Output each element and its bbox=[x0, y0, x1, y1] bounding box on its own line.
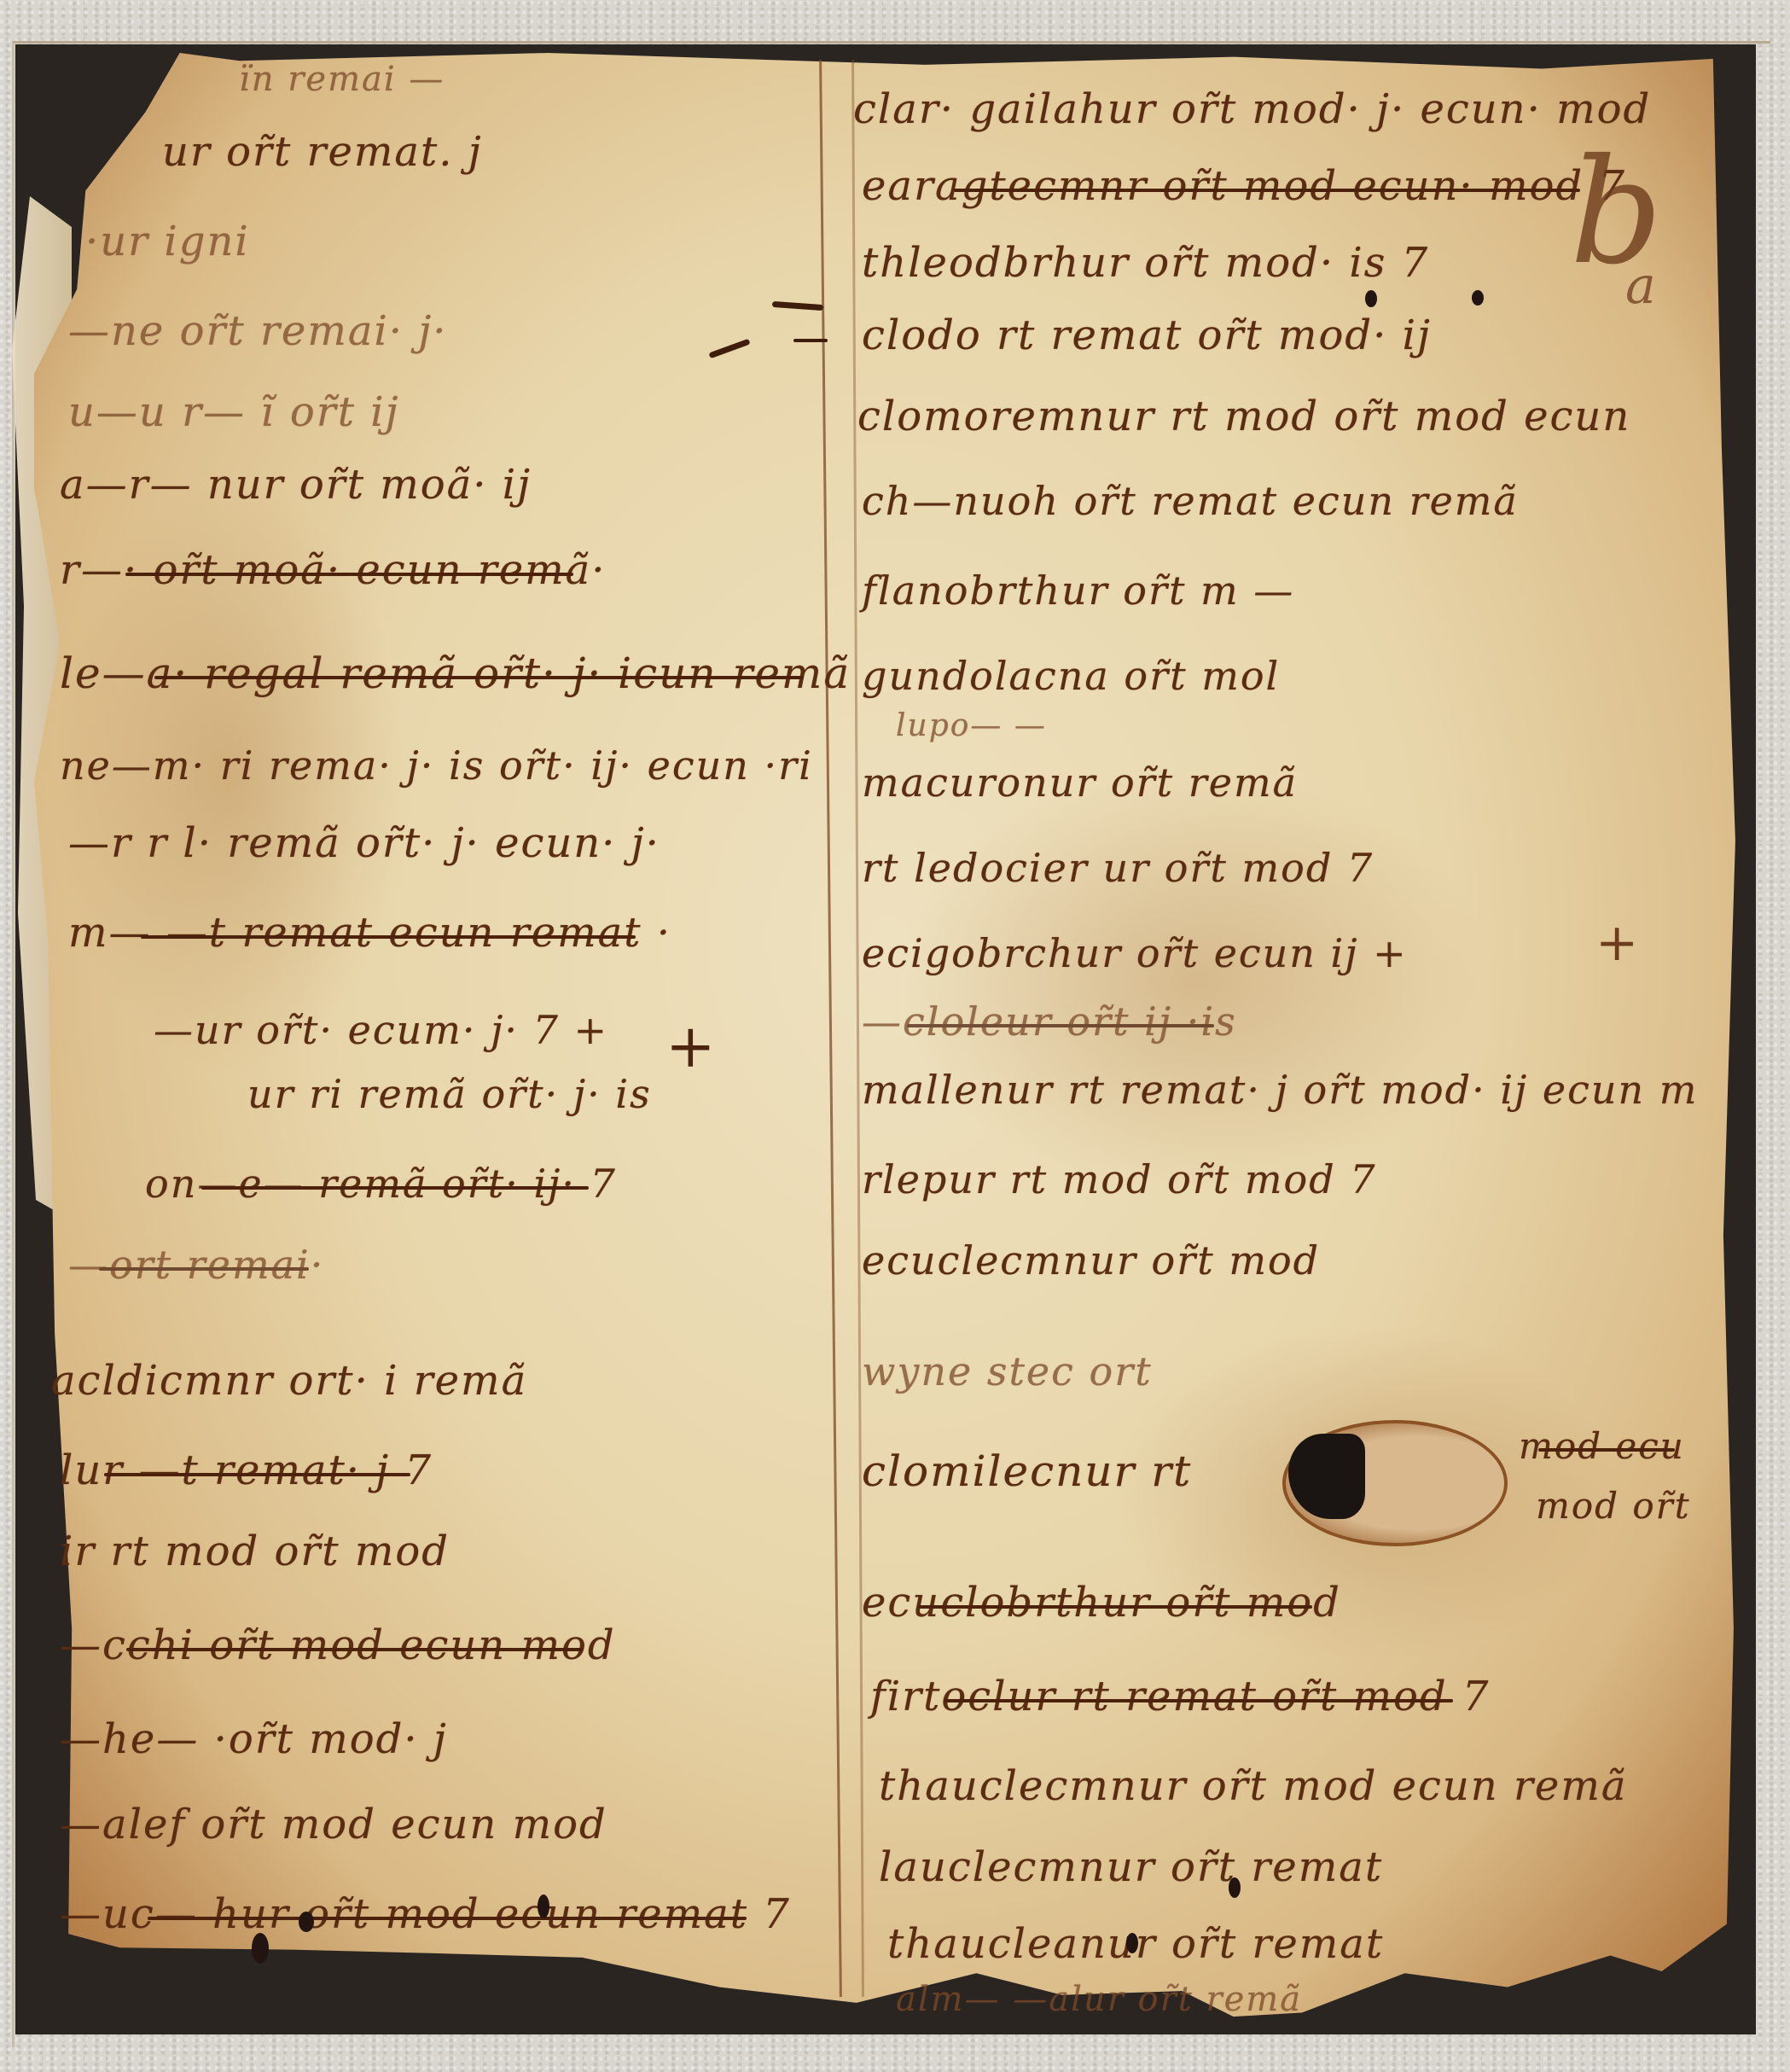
manuscript-line: ir rt mod or̃t mod bbox=[60, 1528, 450, 1575]
dash-mark bbox=[793, 339, 828, 342]
manuscript-line: a—r— nur or̃t moã· ij bbox=[60, 461, 532, 509]
manuscript-line-struck: on—e— remã or̃t· ij· 7 bbox=[145, 1161, 617, 1207]
manuscript-line: clomilecnur rt bbox=[862, 1446, 1192, 1496]
manuscript-line: flanobrthur or̃t m — bbox=[862, 567, 1294, 614]
ink-blot bbox=[1126, 1933, 1138, 1953]
ink-blot bbox=[1229, 1877, 1241, 1898]
ink-blot bbox=[1472, 290, 1484, 306]
manuscript-line-struck: firtoclur rt remat or̃t mod 7 bbox=[870, 1673, 1490, 1720]
stain bbox=[896, 768, 1493, 1195]
manuscript-line: lupo— — bbox=[896, 708, 1047, 743]
manuscript-line: rt ledocier ur or̃t mod 7 bbox=[862, 845, 1374, 891]
manuscript-line-struck: —ort remai· bbox=[68, 1242, 324, 1288]
manuscript-line: acldicmnr ort· i remã bbox=[51, 1357, 527, 1405]
plus-mark: + bbox=[1595, 913, 1638, 973]
manuscript-line: mod or̃t bbox=[1536, 1485, 1691, 1527]
ink-blot bbox=[538, 1894, 549, 1918]
manuscript-line: u—u r— ĩ or̃t ij bbox=[68, 388, 400, 436]
manuscript-line: thauclecmnur or̃t mod ecun remã bbox=[879, 1762, 1627, 1810]
manuscript-line-struck: earagtecmnr or̃t mod ecun· mod 7 bbox=[862, 162, 1626, 210]
manuscript-line: rlepur rt mod or̃t mod 7 bbox=[862, 1156, 1377, 1202]
manuscript-line: ne—m· ri rema· j· is or̃t· ij· ecun ·ri bbox=[60, 742, 813, 789]
manuscript-line: gundolacna or̃t mol bbox=[862, 653, 1280, 699]
manuscript-line: wyne stec ort bbox=[862, 1348, 1153, 1394]
ink-blot bbox=[252, 1933, 269, 1964]
ink-blot bbox=[1365, 290, 1377, 307]
manuscript-line: —ur or̃t· ecum· j· 7 + bbox=[154, 1007, 608, 1053]
manuscript-line-struck: le—a· regal remã or̃t· j· icun remã bbox=[60, 649, 851, 698]
manuscript-line: ch—nuoh or̃t remat ecun remã bbox=[862, 478, 1519, 524]
manuscript-line: macuronur or̃t remã bbox=[862, 760, 1298, 806]
manuscript-line-struck: —uc— hur or̃t mod ecun remat 7 bbox=[60, 1890, 791, 1938]
manuscript-line: clomoremnur rt mod or̃t mod ecun bbox=[857, 393, 1630, 440]
marginal-letter-a: a bbox=[1625, 256, 1656, 316]
manuscript-line-struck: —cchi or̃t mod ecun mod bbox=[60, 1621, 616, 1669]
manuscript-line-struck: ecuclobrthur or̃t mod bbox=[862, 1579, 1341, 1627]
manuscript-line-struck: r—· or̃t moã· ecun remã· bbox=[60, 546, 607, 594]
manuscript-line-struck: lur —t remat· j 7 bbox=[60, 1446, 433, 1494]
manuscript-line: alm— —alur or̃t remã bbox=[896, 1980, 1302, 2019]
manuscript-line: —r r l· remã or̃t· j· ecun· j· bbox=[68, 819, 660, 867]
manuscript-line: ecuclecmnur or̃t mod bbox=[862, 1237, 1320, 1283]
plus-mark: + bbox=[665, 1011, 716, 1081]
manuscript-line: thleodbrhur or̃t mod· is 7 bbox=[862, 239, 1429, 287]
manuscript-line-struck: —cloleur or̃t ij ·is bbox=[862, 998, 1237, 1045]
manuscript-line: ecigobrchur or̃t ecun ij + bbox=[862, 930, 1408, 976]
manuscript-line: ·ur igni bbox=[85, 218, 250, 265]
manuscript-line: mallenur rt remat· j or̃t mod· ij ecun m bbox=[862, 1067, 1698, 1113]
manuscript-line-struck: mod ecu bbox=[1519, 1425, 1685, 1467]
manuscript-line: clar· gailahur or̃t mod· j· ecun· mod bbox=[853, 85, 1651, 133]
manuscript-line: ur or̃t remat. j bbox=[162, 128, 483, 176]
manuscript-line: —he— ·or̃t mod· j bbox=[60, 1715, 448, 1763]
manuscript-line: —ne or̃t remai· j· bbox=[68, 307, 447, 355]
manuscript-line: lauclecmnur or̃t remat bbox=[879, 1843, 1383, 1891]
manuscript-line: —alef or̃t mod ecun mod bbox=[60, 1801, 607, 1848]
manuscript-line: ïn remai — bbox=[239, 60, 445, 99]
manuscript-line-struck: m— —t remat ecun remat · bbox=[68, 909, 671, 957]
manuscript-line: ur ri remã or̃t· j· is bbox=[247, 1071, 652, 1117]
ink-blot bbox=[299, 1912, 314, 1932]
manuscript-line: clodo rt remat or̃t mod· ij bbox=[862, 311, 1432, 359]
